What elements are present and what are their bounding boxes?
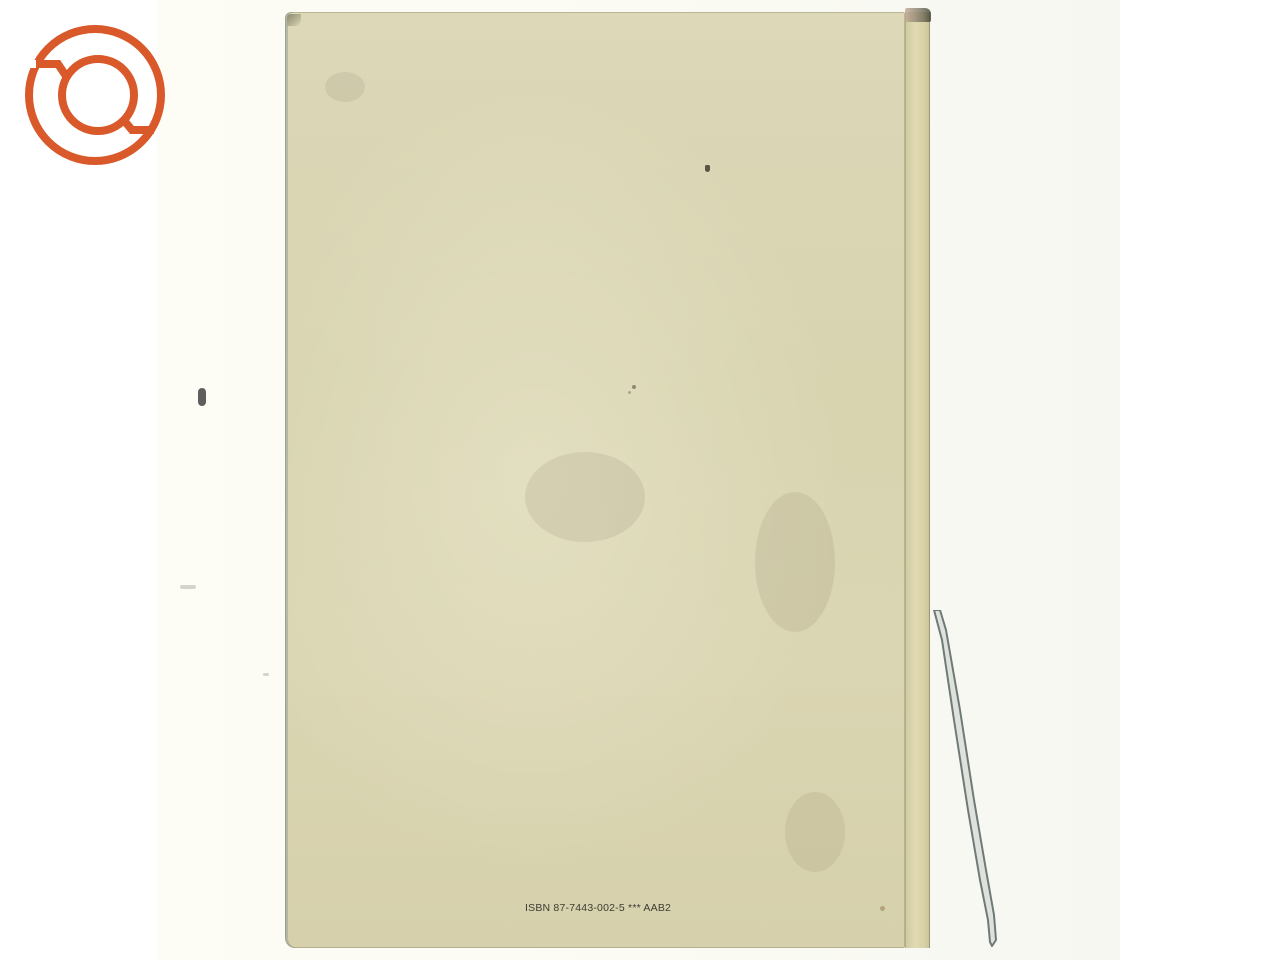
cover-stain [525, 452, 645, 542]
corner-wear [287, 14, 301, 26]
cover-stain [785, 792, 845, 872]
cover-spot [628, 391, 631, 394]
book-back-cover: ISBN 87-7443-002-5 *** AAB2 [285, 12, 905, 948]
book-spine [905, 12, 930, 948]
backdrop-speck [180, 585, 196, 589]
backdrop-speck [198, 388, 206, 406]
cover-spot [705, 165, 710, 172]
book: ISBN 87-7443-002-5 *** AAB2 [285, 12, 930, 948]
cover-stain [755, 492, 835, 632]
isbn-label: ISBN 87-7443-002-5 *** AAB2 [525, 902, 671, 914]
backdrop-speck [263, 673, 269, 676]
cover-spot [632, 385, 636, 389]
concentric-circles-logo-icon [22, 22, 168, 168]
cover-spot [880, 906, 885, 911]
ribbon-bookmark-icon [930, 610, 1000, 950]
cover-stain [325, 72, 365, 102]
product-photo: ISBN 87-7443-002-5 *** AAB2 [0, 0, 1280, 960]
spine-wear [905, 8, 931, 22]
